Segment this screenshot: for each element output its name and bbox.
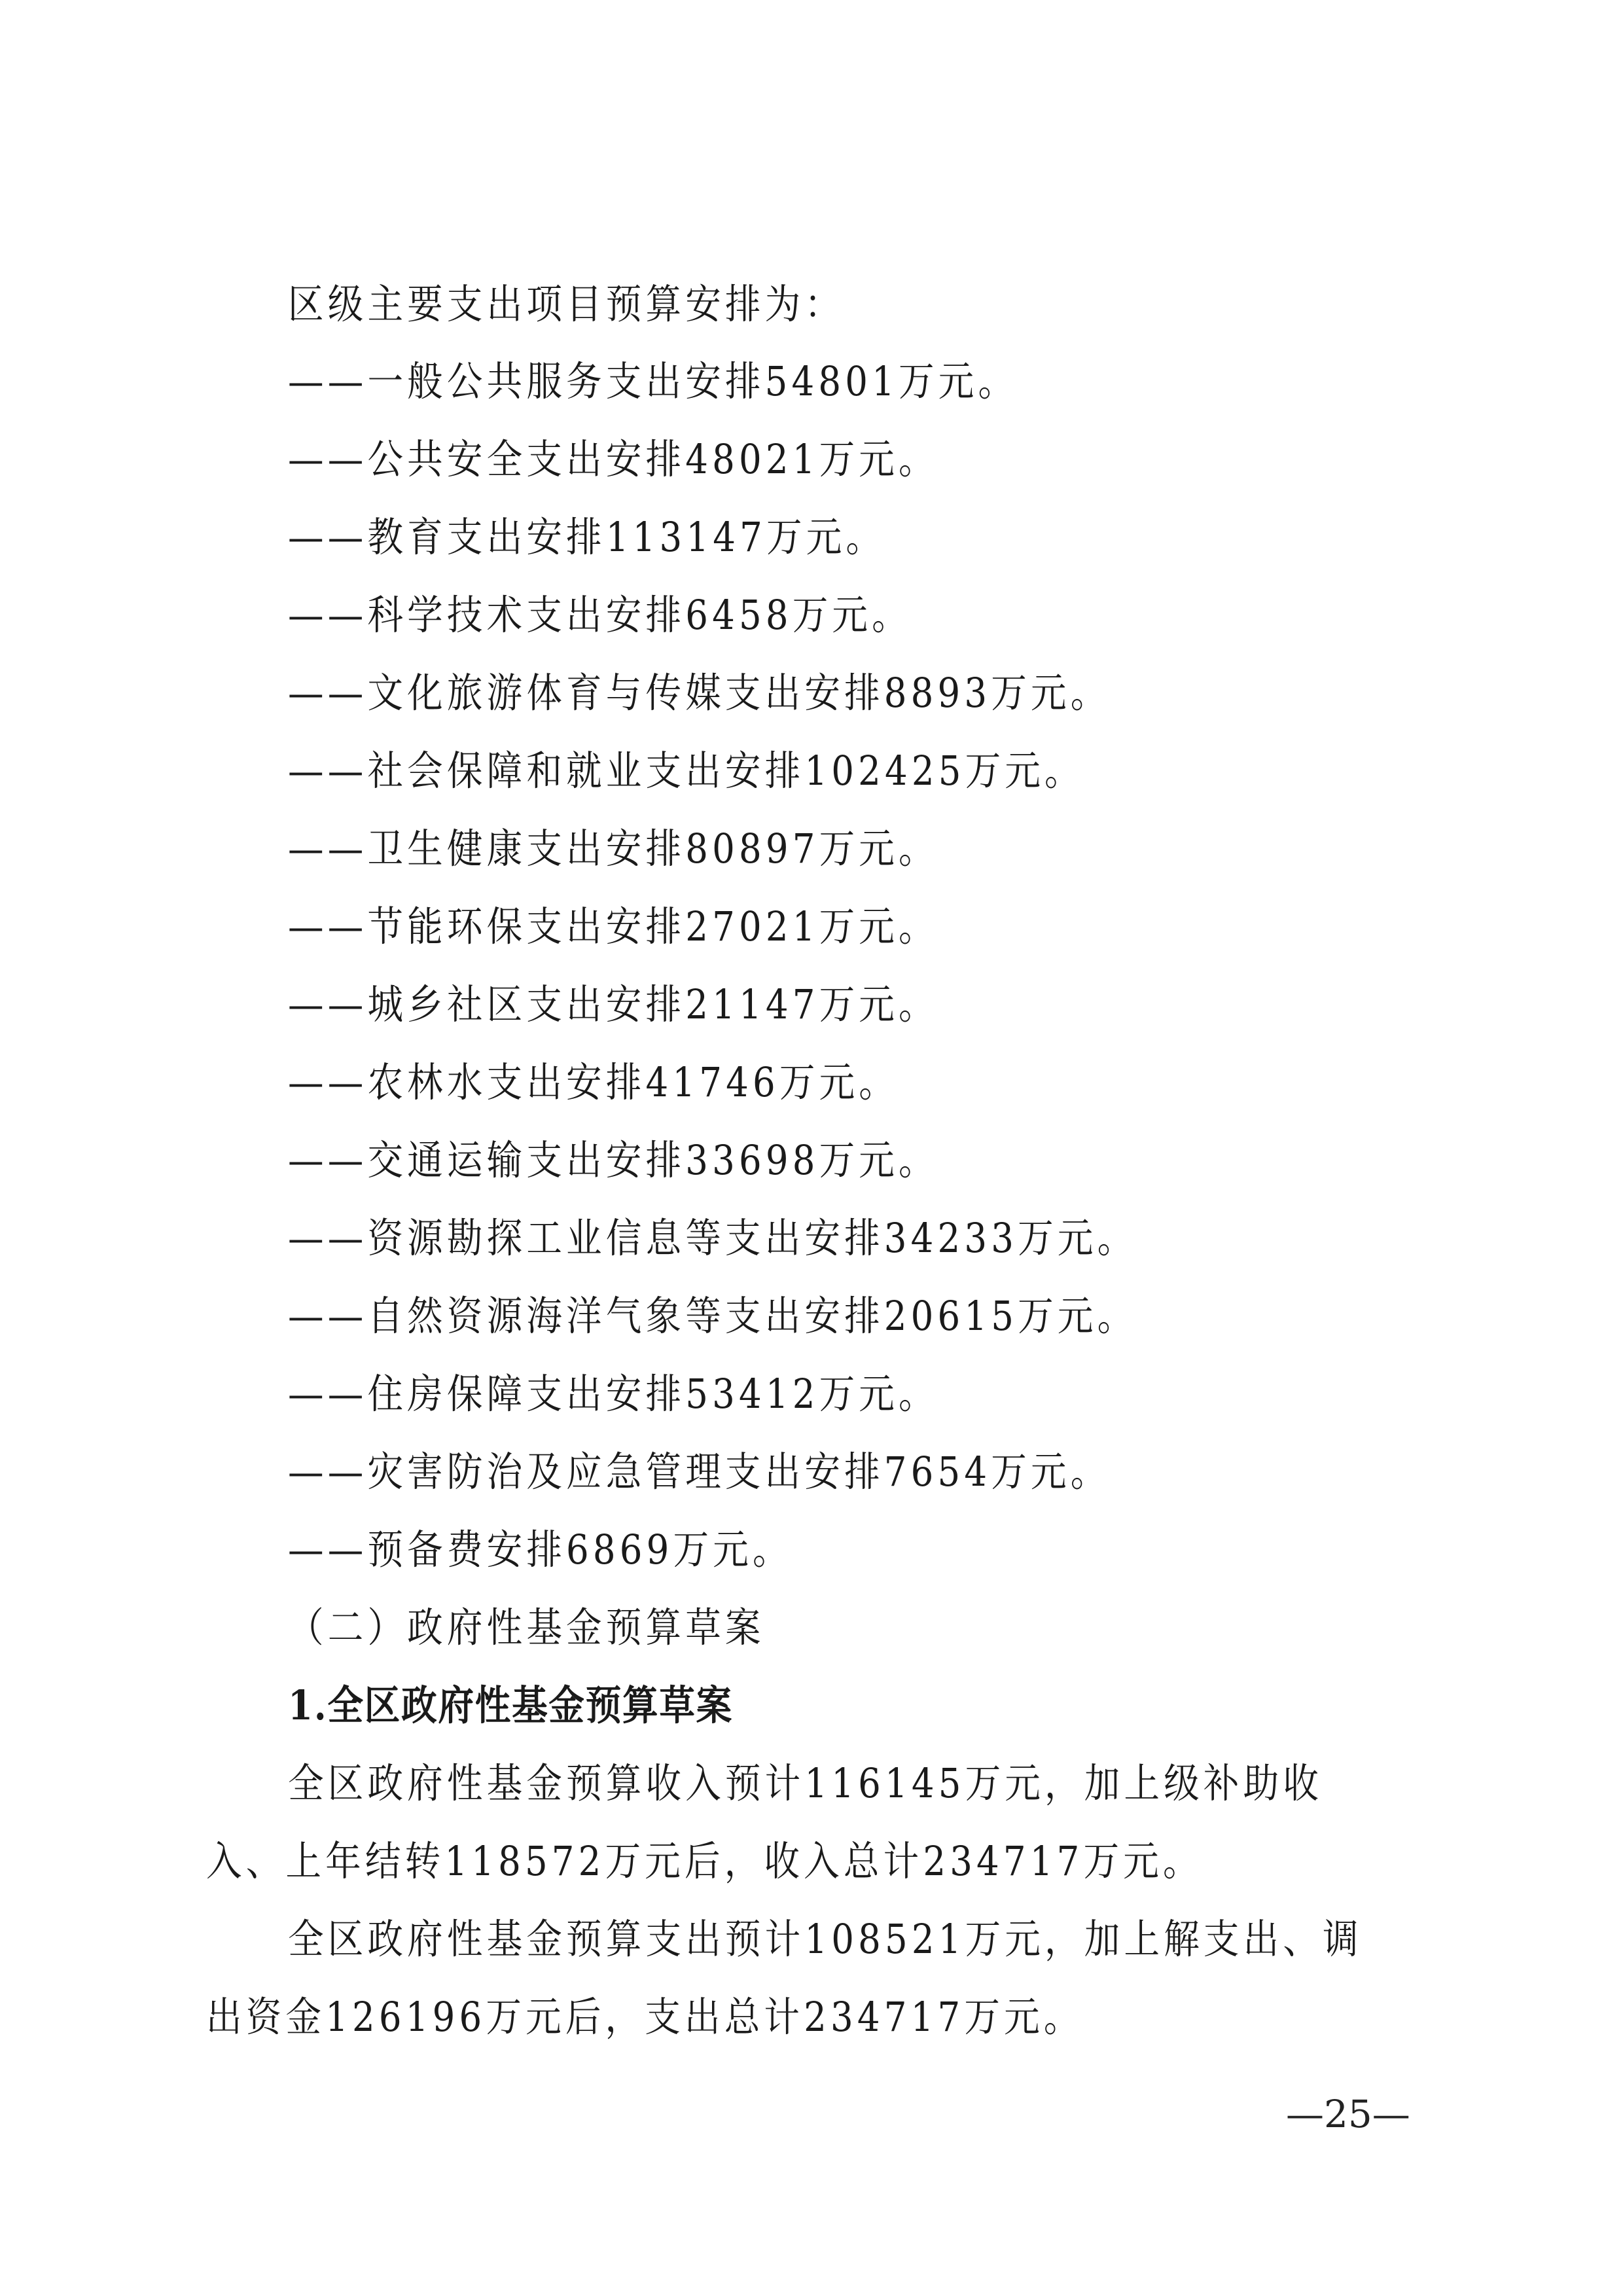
list-item: ——资源勘探工业信息等支出安排34233万元。 (288, 1212, 1137, 1265)
document-page: 区级主要支出项目预算安排为： ——一般公共服务支出安排54801万元。 ——公共… (0, 0, 1623, 2296)
list-item: ——一般公共服务支出安排54801万元。 (288, 355, 1018, 408)
list-item: ——交通运输支出安排33698万元。 (288, 1134, 938, 1187)
list-item: ——社会保障和就业支出安排102425万元。 (288, 745, 1084, 797)
page-number: —25— (1286, 2091, 1410, 2137)
paragraph-line: 全区政府性基金预算收入预计116145万元，加上级补助收 (288, 1757, 1323, 1810)
paragraph-line: 入、上年结转118572万元后，收入总计234717万元。 (206, 1835, 1203, 1888)
section-heading: （二）政府性基金预算草案 (288, 1602, 765, 1654)
list-item: ——教育支出安排113147万元。 (288, 511, 885, 564)
paragraph-line: 出资金126196万元后，支出总计234717万元。 (206, 1991, 1084, 2043)
list-item: ——科学技术支出安排6458万元。 (288, 589, 912, 641)
list-item: ——文化旅游体育与传媒支出安排8893万元。 (288, 667, 1110, 719)
list-item: ——预备费安排6869万元。 (288, 1524, 793, 1576)
list-item: ——公共安全支出安排48021万元。 (288, 433, 938, 486)
list-item: ——卫生健康支出安排80897万元。 (288, 823, 938, 875)
paragraph-line: 全区政府性基金预算支出预计108521万元，加上解支出、调 (288, 1913, 1363, 1965)
list-item: ——灾害防治及应急管理支出安排7654万元。 (288, 1446, 1110, 1498)
list-item: ——自然资源海洋气象等支出安排20615万元。 (288, 1290, 1137, 1342)
list-item: ——节能环保支出安排27021万元。 (288, 901, 938, 953)
list-item: ——城乡社区支出安排21147万元。 (288, 978, 938, 1031)
list-item: ——住房保障支出安排53412万元。 (288, 1368, 938, 1420)
subsection-heading: 1.全区政府性基金预算草案 (288, 1679, 733, 1732)
list-item: ——农林水支出安排41746万元。 (288, 1056, 899, 1109)
intro-text: 区级主要支出项目预算安排为： (288, 278, 844, 331)
